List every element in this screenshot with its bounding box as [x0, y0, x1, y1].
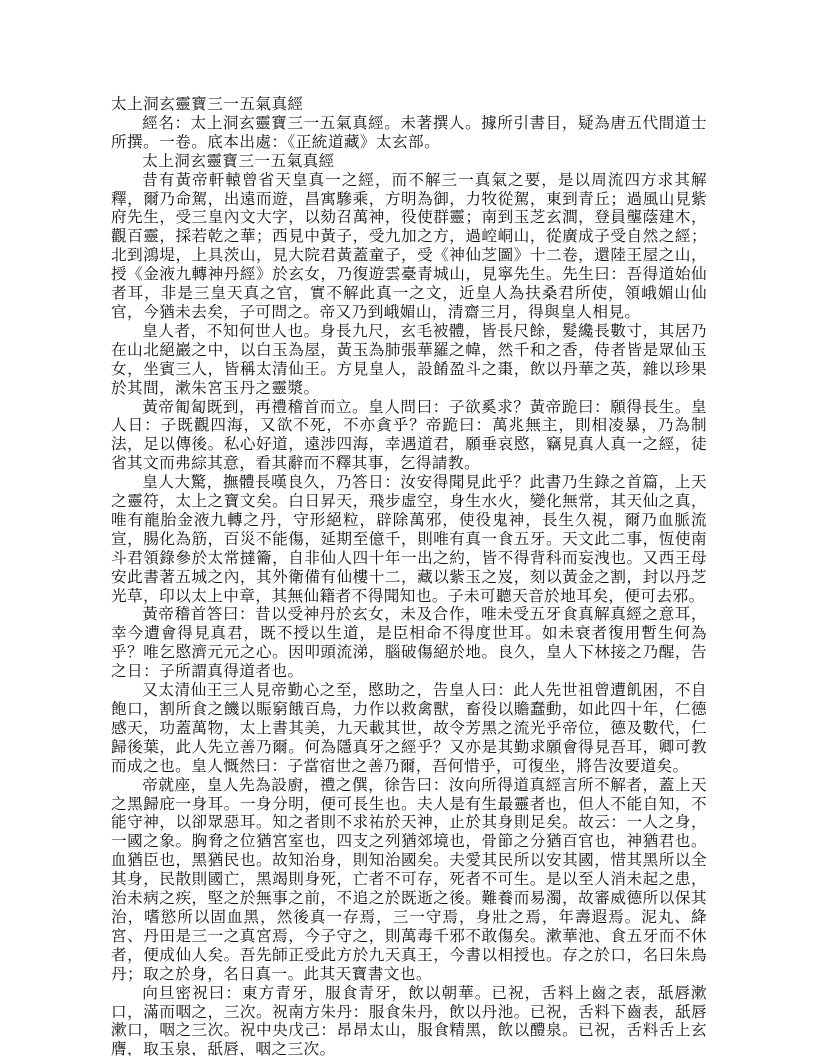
paragraph: 黃帝匍匐既到，再禮稽首而立。皇人問曰：子欲奚求？黃帝跪曰：願得長生。皇人日：子既… [111, 398, 707, 474]
document-sub-title: 太上洞玄靈寶三一五氣真經 [111, 152, 707, 171]
paragraph: 又太清仙王三人見帝勤心之至，愍助之，告皇人曰：此人先世祖曾遭飢困，不自飽口，割所… [111, 681, 707, 776]
document-meta-note: 經名：太上洞玄靈寶三一五氣真經。未著撰人。據所引書目，疑為唐五代間道士所撰。一卷… [111, 114, 707, 152]
paragraph: 皇人大驚，撫體長嘆良久，乃答日：汝安得聞見此乎？此書乃生錄之首篇，上天之靈符，太… [111, 473, 707, 605]
document-page: 太上洞玄靈寶三一五氣真經 經名：太上洞玄靈寶三一五氣真經。未著撰人。據所引書目，… [111, 95, 707, 1056]
document-title: 太上洞玄靈寶三一五氣真經 [111, 95, 707, 114]
paragraph: 皇人者，不知何世人也。身長九尺，玄毛被體，皆長尺餘，髮纔長數寸，其居乃在山北絕巖… [111, 322, 707, 398]
paragraph: 向旦密祝曰：東方青牙，服食青牙，飲以朝華。已祝，舌料上齒之表，舐唇漱口，滿而咽之… [111, 984, 707, 1056]
paragraph: 黃帝稽首答曰：昔以受神丹於玄女，未及合作，唯未受五牙食真解真經之意耳，幸今遭會得… [111, 605, 707, 681]
paragraph: 昔有黃帝軒轅曾省天皇真一之經，而不解三一真氣之要，是以周流四方求其解釋，爾乃命駕… [111, 171, 707, 322]
paragraph: 帝就座，皇人先為設廚，禮之僎，徐告曰：汝向所得道真經言所不解者，蓋上天之黑歸庇一… [111, 776, 707, 984]
